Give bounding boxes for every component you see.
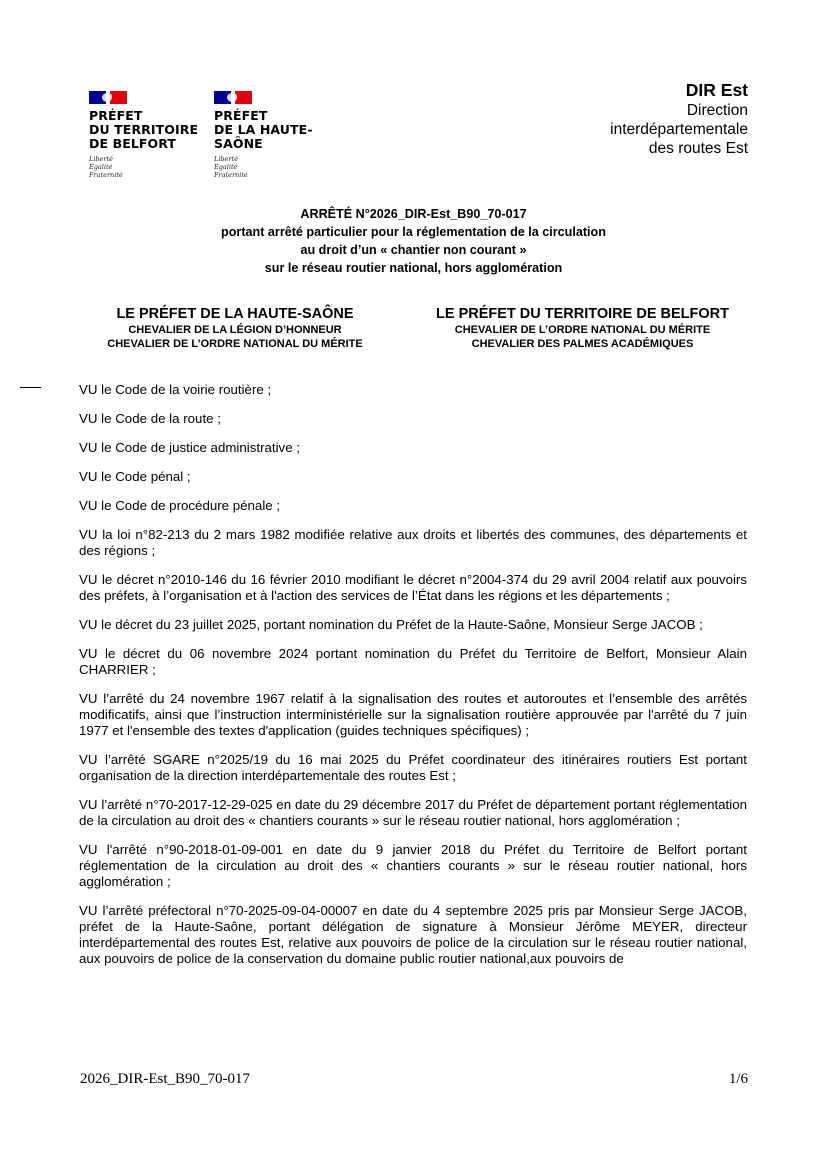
page-number: 1/6	[729, 1071, 748, 1088]
visa-item: VU le Code pénal ;	[79, 469, 747, 485]
visa-item: VU le décret du 23 juillet 2025, portant…	[79, 617, 747, 633]
authority-belfort: LE PRÉFET DU TERRITOIRE DE BELFORT CHEVA…	[410, 305, 755, 351]
motto: Liberté Égalité Fraternité	[89, 155, 198, 179]
visa-item: VU le Code de la voirie routière ;	[79, 382, 747, 398]
document-title: ARRÊTÉ N°2026_DIR-Est_B90_70-017 portant…	[150, 205, 677, 277]
margin-mark	[20, 387, 41, 388]
issuer-block: DIR Est Direction interdépartementale de…	[610, 80, 748, 158]
footer-reference: 2026_DIR-Est_B90_70-017	[80, 1071, 250, 1088]
logo-prefet-belfort: PRÉFET DU TERRITOIRE DE BELFORT Liberté …	[89, 91, 198, 179]
motto: Liberté Égalité Fraternité	[214, 155, 313, 179]
logo-prefet-haute-saone: PRÉFET DE LA HAUTE- SAÔNE Liberté Égalit…	[214, 91, 313, 179]
logo-name: PRÉFET DE LA HAUTE- SAÔNE	[214, 109, 313, 151]
french-republic-flag-icon	[214, 91, 252, 104]
french-republic-flag-icon	[89, 91, 127, 104]
visa-item: VU la loi n°82-213 du 2 mars 1982 modifi…	[79, 527, 747, 559]
visa-item: VU le décret du 06 novembre 2024 portant…	[79, 646, 747, 678]
visa-item: VU l'arrêté n°90-2018-01-09-001 en date …	[79, 842, 747, 890]
visa-item: VU l’arrêté préfectoral n°70-2025-09-04-…	[79, 903, 747, 967]
logo-name: PRÉFET DU TERRITOIRE DE BELFORT	[89, 109, 198, 151]
visa-item: VU le Code de justice administrative ;	[79, 440, 747, 456]
visa-item: VU l’arrêté SGARE n°2025/19 du 16 mai 20…	[79, 752, 747, 784]
visa-item: VU le Code de la route ;	[79, 411, 747, 427]
decree-number: ARRÊTÉ N°2026_DIR-Est_B90_70-017	[150, 205, 677, 223]
authority-haute-saone: LE PRÉFET DE LA HAUTE-SAÔNE CHEVALIER DE…	[80, 305, 390, 351]
visa-item: VU le décret n°2010-146 du 16 février 20…	[79, 572, 747, 604]
visas-list: VU le Code de la voirie routière ; VU le…	[79, 382, 747, 980]
visa-item: VU le Code de procédure pénale ;	[79, 498, 747, 514]
visa-item: VU l’arrêté n°70-2017-12-29-025 en date …	[79, 797, 747, 829]
visa-item: VU l’arrêté du 24 novembre 1967 relatif …	[79, 691, 747, 739]
page-footer: 2026_DIR-Est_B90_70-017 1/6	[80, 1071, 748, 1088]
issuer-short-name: DIR Est	[610, 80, 748, 101]
